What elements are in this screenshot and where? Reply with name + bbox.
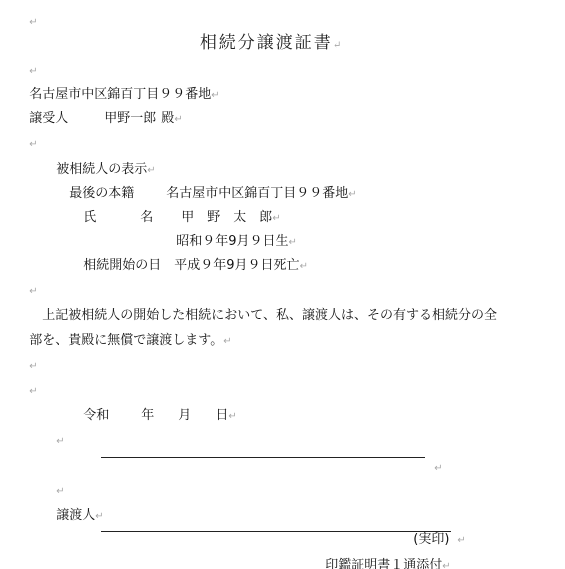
paragraph-mark-icon: ↵ <box>228 411 236 422</box>
paragraph-mark-icon: ↵ <box>348 189 356 200</box>
decedent-inheritance-start: 相続開始の日平成９年9月９日死亡↵ <box>75 242 308 275</box>
paragraph-mark-icon: ↵ <box>29 17 37 28</box>
inheritance-start-label: 相続開始の日 <box>83 258 161 273</box>
paragraph-mark-icon: ↵ <box>434 463 442 474</box>
paragraph-mark-icon: ↵ <box>442 561 450 569</box>
paragraph-mark-icon: ↵ <box>95 511 103 522</box>
date-day[interactable]: 日 <box>215 408 228 423</box>
date-line: 令和年月日↵ <box>75 392 237 425</box>
paragraph-mark-icon: ↵ <box>223 336 231 347</box>
transferor-label: 譲渡人 <box>56 508 95 523</box>
paragraph-mark-icon: ↵ <box>29 139 37 150</box>
recipient-line: 譲受人甲野一郎殿↵ <box>21 95 183 128</box>
transferor-signature-line[interactable] <box>101 531 451 532</box>
transferor-label-line: 譲渡人↵ <box>48 492 104 525</box>
paragraph-mark-icon: ↵ <box>211 90 219 101</box>
empty-paragraph: ↵ <box>48 417 65 450</box>
paragraph-mark-icon: ↵ <box>457 535 465 546</box>
address-signature-line[interactable] <box>101 457 425 458</box>
paragraph-mark-icon: ↵ <box>333 40 343 51</box>
address-line-mark: ↵ <box>426 444 443 477</box>
date-era[interactable]: 令和 <box>83 408 109 423</box>
empty-paragraph: ↵ <box>21 367 38 400</box>
paragraph-mark-icon: ↵ <box>174 114 182 125</box>
date-month[interactable]: 月 <box>178 408 191 423</box>
paragraph-mark-icon: ↵ <box>300 261 308 272</box>
recipient-honorific: 殿 <box>161 111 174 126</box>
body-text-2: 部を、貴殿に無償で譲渡します。 <box>29 333 223 348</box>
recipient-name: 甲野一郎 <box>104 111 156 126</box>
attachment-note-line: 印鑑証明書１通添付↵ <box>317 542 451 569</box>
date-year[interactable]: 年 <box>141 408 154 423</box>
empty-paragraph: ↵ <box>21 120 38 153</box>
empty-paragraph: ↵ <box>21 0 38 31</box>
body-line-2: 部を、貴殿に無償で譲渡します。↵ <box>21 317 232 350</box>
attachment-note: 印鑑証明書１通添付 <box>325 558 442 569</box>
document-title: 相続分譲渡証書↵ <box>185 19 343 54</box>
paragraph-mark-icon: ↵ <box>29 386 37 397</box>
paragraph-mark-icon: ↵ <box>56 436 64 447</box>
inheritance-start-value: 平成９年9月９日死亡 <box>174 258 299 273</box>
title-text: 相続分譲渡証書 <box>200 33 333 53</box>
name-label-1: 氏 <box>83 210 96 225</box>
name-label-2: 名 <box>140 210 153 225</box>
